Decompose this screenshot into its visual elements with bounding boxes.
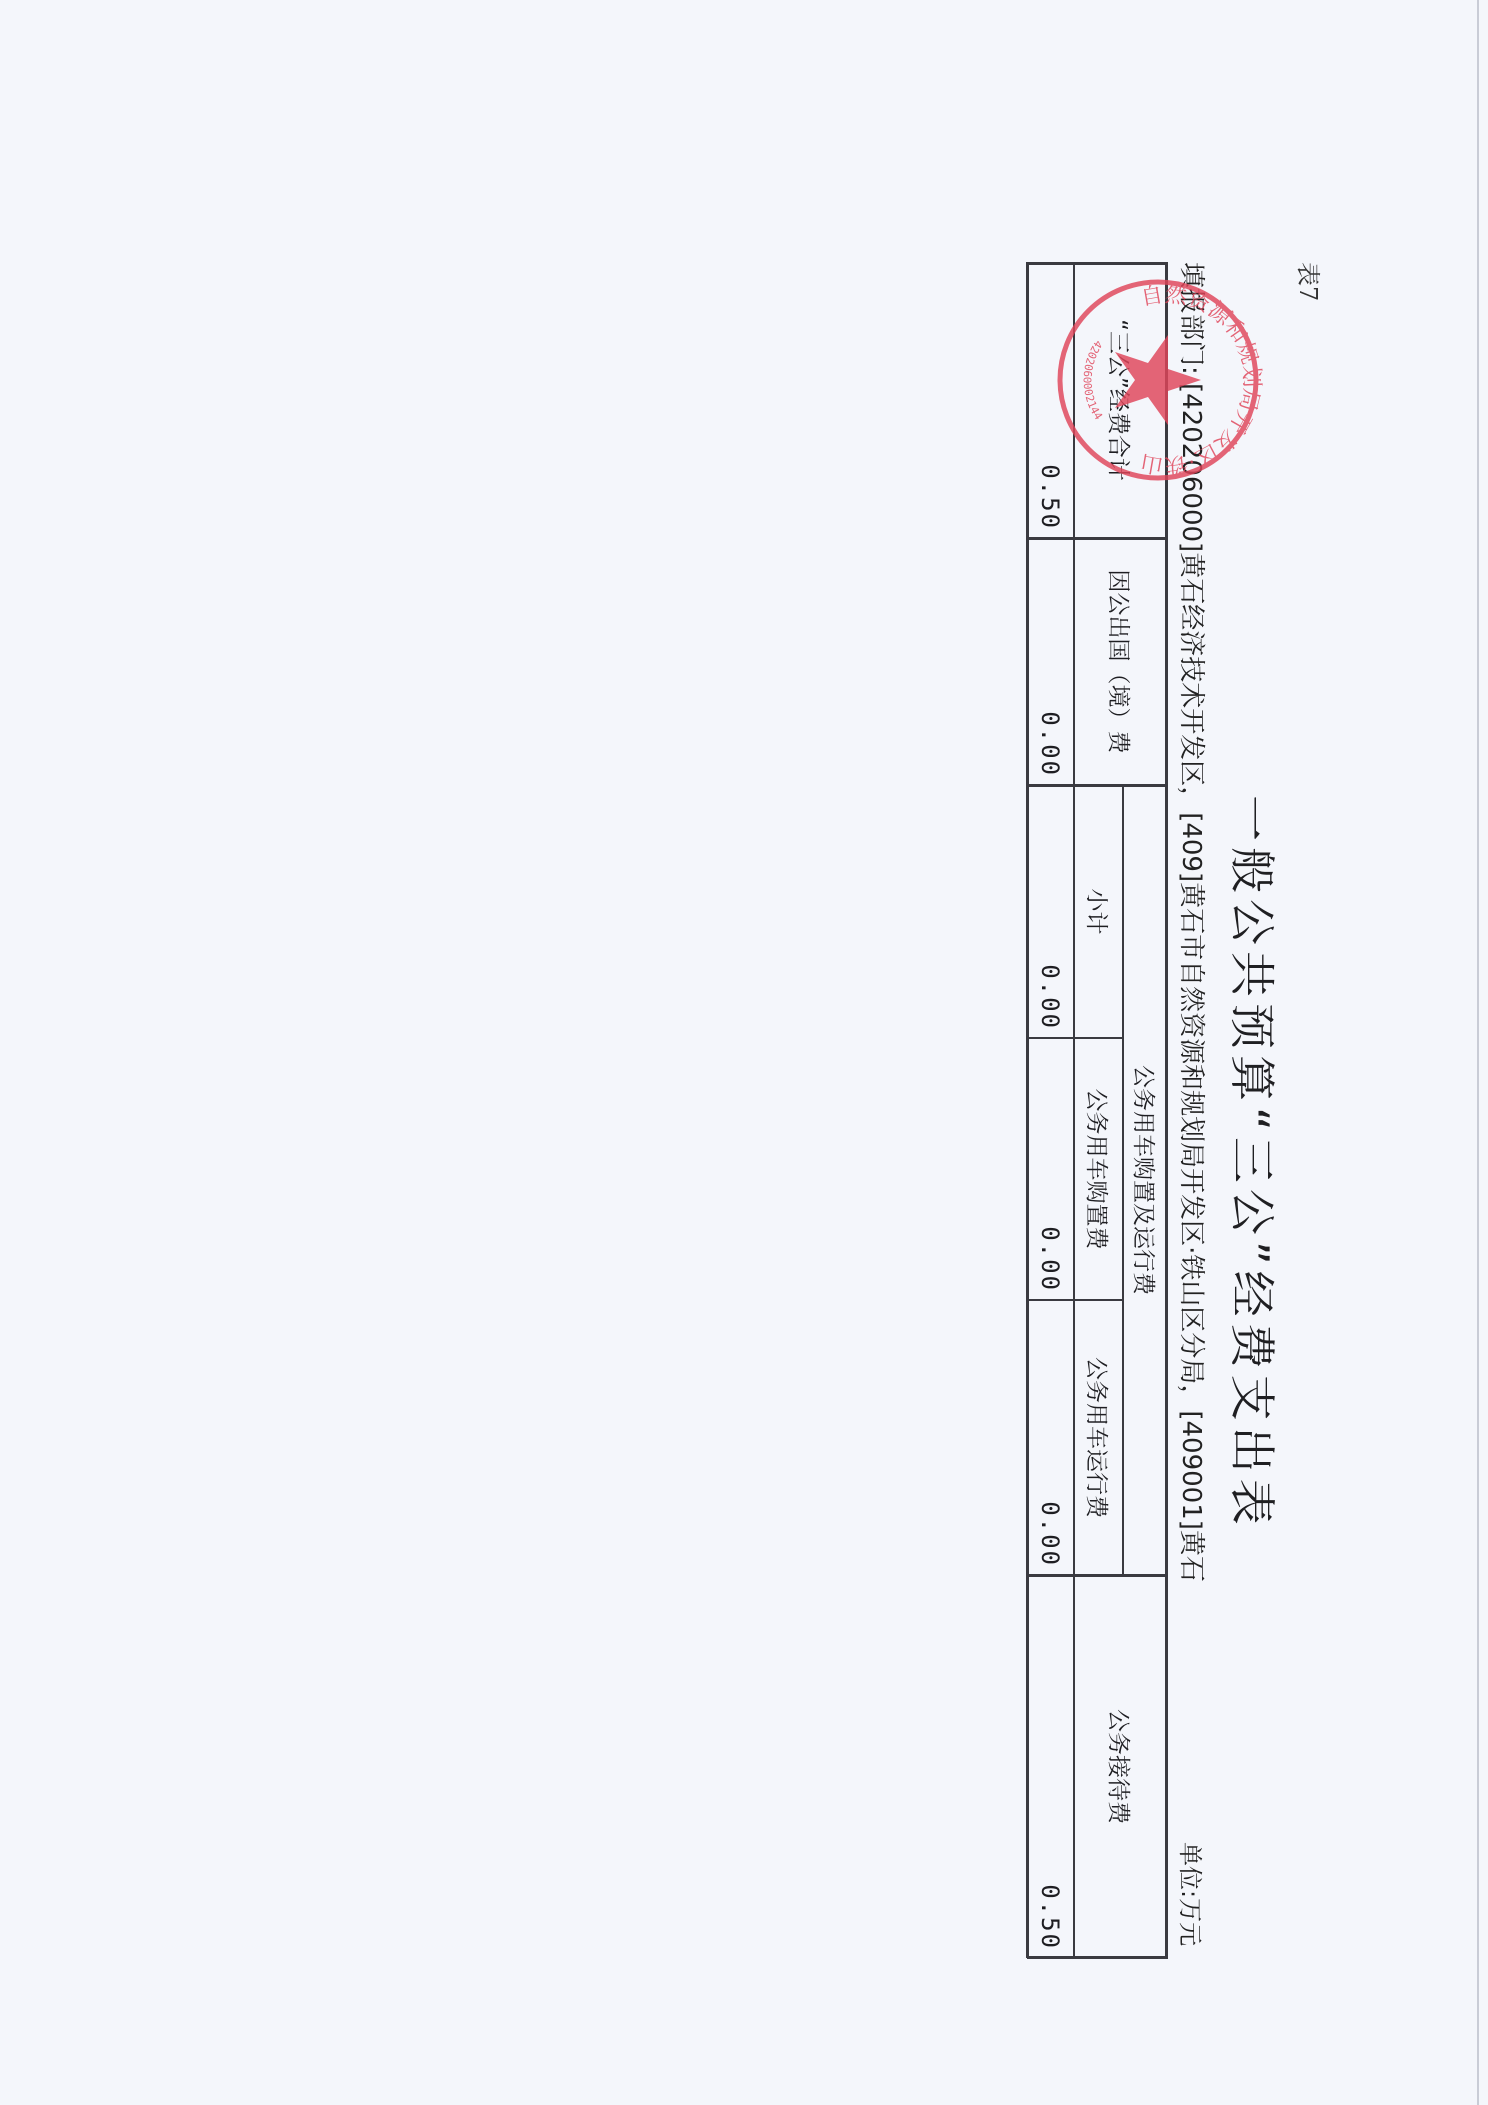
header-vehicle-subtotal: 小计 bbox=[1074, 785, 1124, 1038]
value-vehicle-operation: 0.00 bbox=[1027, 1300, 1074, 1575]
value-reception: 0.50 bbox=[1027, 1575, 1074, 1958]
value-vehicle-purchase: 0.00 bbox=[1027, 1038, 1074, 1300]
table-border-top bbox=[1165, 262, 1168, 1958]
department-value: [420206000]黄石经济技术开发区，[409]黄石市自然资源和规划局开发区… bbox=[1176, 383, 1206, 1582]
department-label: 填报部门: bbox=[1176, 262, 1206, 375]
col-divider-1 bbox=[1027, 537, 1168, 540]
table-border-left bbox=[1027, 262, 1168, 265]
header-vehicle-operation: 公务用车运行费 bbox=[1074, 1300, 1124, 1575]
page-title: 一般公共预算“三公”经费支出表 bbox=[1222, 795, 1288, 1435]
department-line: 填报部门: [420206000]黄石经济技术开发区，[409]黄石市自然资源和… bbox=[1175, 262, 1212, 1582]
value-total: 0.50 bbox=[1027, 262, 1074, 538]
expense-table: “三公”经费合计 因公出国（境）费 公务用车购置及运行费 小计 公务用车购置费 … bbox=[1027, 262, 1168, 1958]
table-border-bottom bbox=[1026, 262, 1029, 1958]
value-vehicle-subtotal: 0.00 bbox=[1027, 785, 1074, 1038]
value-overseas: 0.00 bbox=[1027, 538, 1074, 785]
header-overseas: 因公出国（境）费 bbox=[1074, 538, 1168, 785]
col-divider-2 bbox=[1027, 784, 1168, 787]
header-value-divider bbox=[1073, 262, 1075, 1958]
header-total: “三公”经费合计 bbox=[1074, 262, 1168, 538]
col-divider-5 bbox=[1027, 1574, 1168, 1577]
unit-label: 单位:万元 bbox=[1175, 1842, 1210, 1946]
col-divider-3 bbox=[1027, 1037, 1124, 1039]
table-number: 表7 bbox=[1293, 262, 1328, 301]
header-vehicle-group: 公务用车购置及运行费 bbox=[1124, 785, 1168, 1575]
table-border-right bbox=[1027, 1956, 1168, 1959]
col-divider-4 bbox=[1027, 1299, 1124, 1301]
rotated-document-page: 表7 一般公共预算“三公”经费支出表 填报部门: [420206000]黄石经济… bbox=[0, 0, 1488, 2105]
header-reception: 公务接待费 bbox=[1074, 1575, 1168, 1958]
group-subheader-divider bbox=[1122, 785, 1124, 1575]
header-vehicle-purchase: 公务用车购置费 bbox=[1074, 1038, 1124, 1300]
